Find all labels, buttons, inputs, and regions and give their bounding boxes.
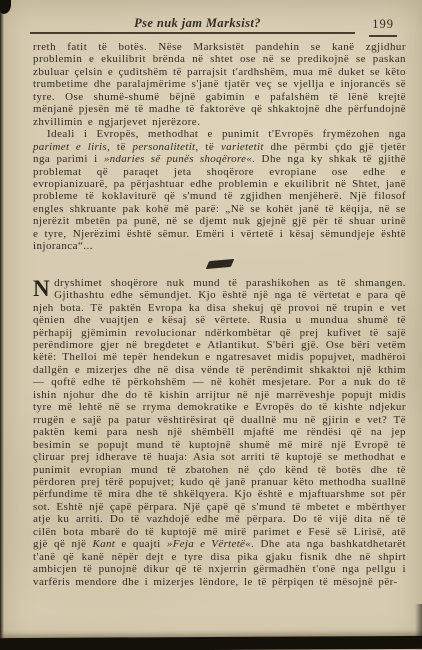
running-title: Pse nuk jam Marksist? bbox=[30, 16, 365, 31]
paragraph-with-dropcap: Ndryshimet shoqërore nuk mund të parashi… bbox=[33, 277, 406, 588]
scan-edge-left bbox=[0, 0, 4, 650]
section-divider-ornament bbox=[205, 259, 234, 269]
page-body: rreth fatit të botës. Nëse Marksistët pa… bbox=[33, 41, 406, 588]
scan-edge-bottom bbox=[0, 636, 422, 650]
scan-corner-bottom-right bbox=[415, 604, 422, 644]
page-number: 199 bbox=[369, 17, 397, 37]
page-header: Pse nuk jam Marksist? 199 bbox=[30, 14, 405, 36]
paragraph: Ideali i Evropës, methodhat e punimit t'… bbox=[33, 128, 406, 253]
paragraph-text: dryshimet shoqërore nuk mund të parashik… bbox=[33, 277, 406, 588]
drop-cap-letter: N bbox=[33, 277, 54, 298]
paragraph: rreth fatit të botës. Nëse Marksistët pa… bbox=[33, 41, 406, 128]
header-rule bbox=[30, 32, 355, 34]
book-page-scan: Pse nuk jam Marksist? 199 rreth fatit të… bbox=[0, 0, 422, 650]
scan-corner-top-left bbox=[0, 0, 11, 14]
